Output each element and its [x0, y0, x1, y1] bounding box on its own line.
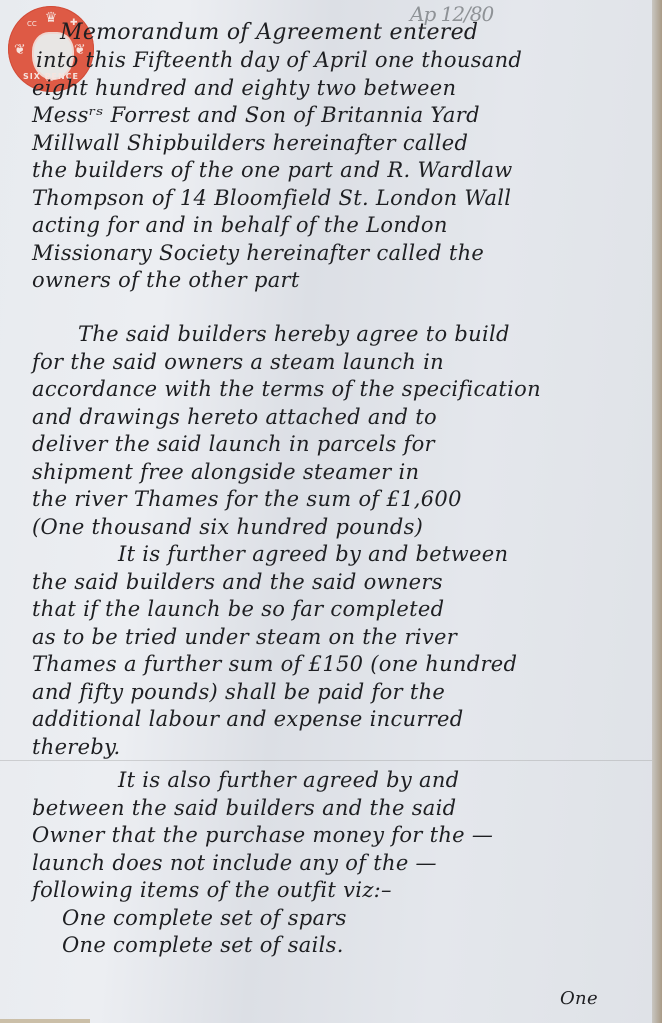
text-line: as to be tried under steam on the river [32, 625, 457, 649]
text-line: following items of the outfit viz:– [32, 878, 392, 902]
text-line: additional labour and expense incurred [32, 707, 464, 731]
text-line: The said builders hereby agree to build [78, 322, 510, 346]
text-line: thereby. [32, 735, 120, 759]
text-line: Millwall Shipbuilders hereinafter called [32, 131, 468, 155]
text-line: that if the launch be so far completed [32, 597, 444, 621]
wreath-left-icon: ❦ [14, 42, 26, 58]
text-line: Thompson of 14 Bloomfield St. London Wal… [32, 186, 511, 210]
text-line: Messʳˢ Forrest and Son of Britannia Yard [32, 103, 480, 127]
text-line: It is also further agreed by and [118, 768, 459, 792]
text-line: launch does not include any of the — [32, 851, 437, 875]
text-line: into this Fifteenth day of April one tho… [36, 48, 522, 72]
text-line: (One thousand six hundred pounds) [32, 515, 423, 539]
text-line: Thames a further sum of £150 (one hundre… [32, 652, 517, 676]
paper-fold-line [0, 760, 652, 761]
text-line: Missionary Society hereinafter called th… [32, 241, 484, 265]
text-line: Memorandum of Agreement entered [60, 20, 478, 45]
page-edge-strip [0, 1019, 90, 1023]
text-line: eight hundred and eighty two between [32, 76, 456, 100]
text-line: the builders of the one part and R. Ward… [32, 158, 513, 182]
text-line: It is further agreed by and between [118, 542, 508, 566]
text-line: Owner that the purchase money for the — [32, 823, 493, 847]
stamp-cc-mark: CC [27, 20, 37, 28]
list-item: One complete set of spars [62, 906, 347, 930]
catchword: One [560, 988, 598, 1009]
text-line: acting for and in behalf of the London [32, 213, 448, 237]
text-line: the river Thames for the sum of £1,600 [32, 487, 462, 511]
manuscript-page: ♛ CC ✚ ❦ ❦ 82 SIX PENCE Ap 12/80 Memoran… [0, 0, 652, 1023]
text-line: accordance with the terms of the specifi… [32, 377, 541, 401]
text-line: deliver the said launch in parcels for [32, 432, 435, 456]
text-line: and drawings hereto attached and to [32, 405, 437, 429]
text-line: the said builders and the said owners [32, 570, 443, 594]
text-line: and fifty pounds) shall be paid for the [32, 680, 445, 704]
text-line: between the said builders and the said [32, 796, 456, 820]
text-line: owners of the other part [32, 268, 300, 292]
binding-edge [652, 0, 662, 1023]
crown-icon: ♛ [41, 10, 61, 26]
list-item: One complete set of sails. [62, 933, 344, 957]
text-line: shipment free alongside steamer in [32, 460, 419, 484]
text-line: for the said owners a steam launch in [32, 350, 444, 374]
